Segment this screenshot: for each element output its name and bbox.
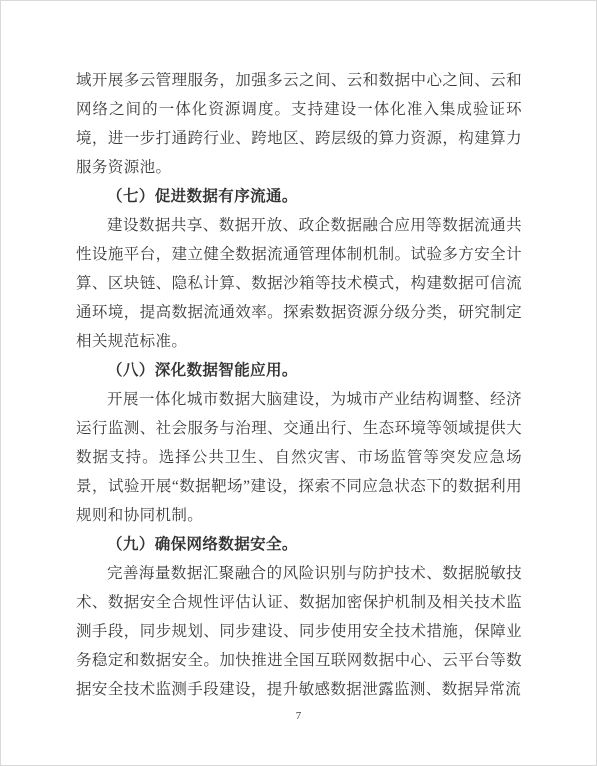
section-heading-8: （八）深化数据智能应用。: [76, 356, 522, 385]
paragraph: 建设数据共享、数据开放、政企数据融合应用等数据流通共性设施平台，建立健全数据流通…: [76, 211, 522, 356]
paragraph: 开展一体化城市数据大脑建设，为城市产业结构调整、经济运行监测、社会服务与治理、交…: [76, 385, 522, 530]
section-heading-7: （七）促进数据有序流通。: [76, 182, 522, 211]
page-number: 7: [1, 709, 596, 723]
document-page: { "page": { "number": "7", "blocks": [ {…: [0, 0, 597, 766]
section-heading-9: （九）确保网络数据安全。: [76, 530, 522, 559]
paragraph-continuation: 域开展多云管理服务，加强多云之间、云和数据中心之间、云和网络之间的一体化资源调度…: [76, 66, 522, 182]
document-body: 域开展多云管理服务，加强多云之间、云和数据中心之间、云和网络之间的一体化资源调度…: [76, 66, 522, 704]
paragraph: 完善海量数据汇聚融合的风险识别与防护技术、数据脱敏技术、数据安全合规性评估认证、…: [76, 559, 522, 704]
